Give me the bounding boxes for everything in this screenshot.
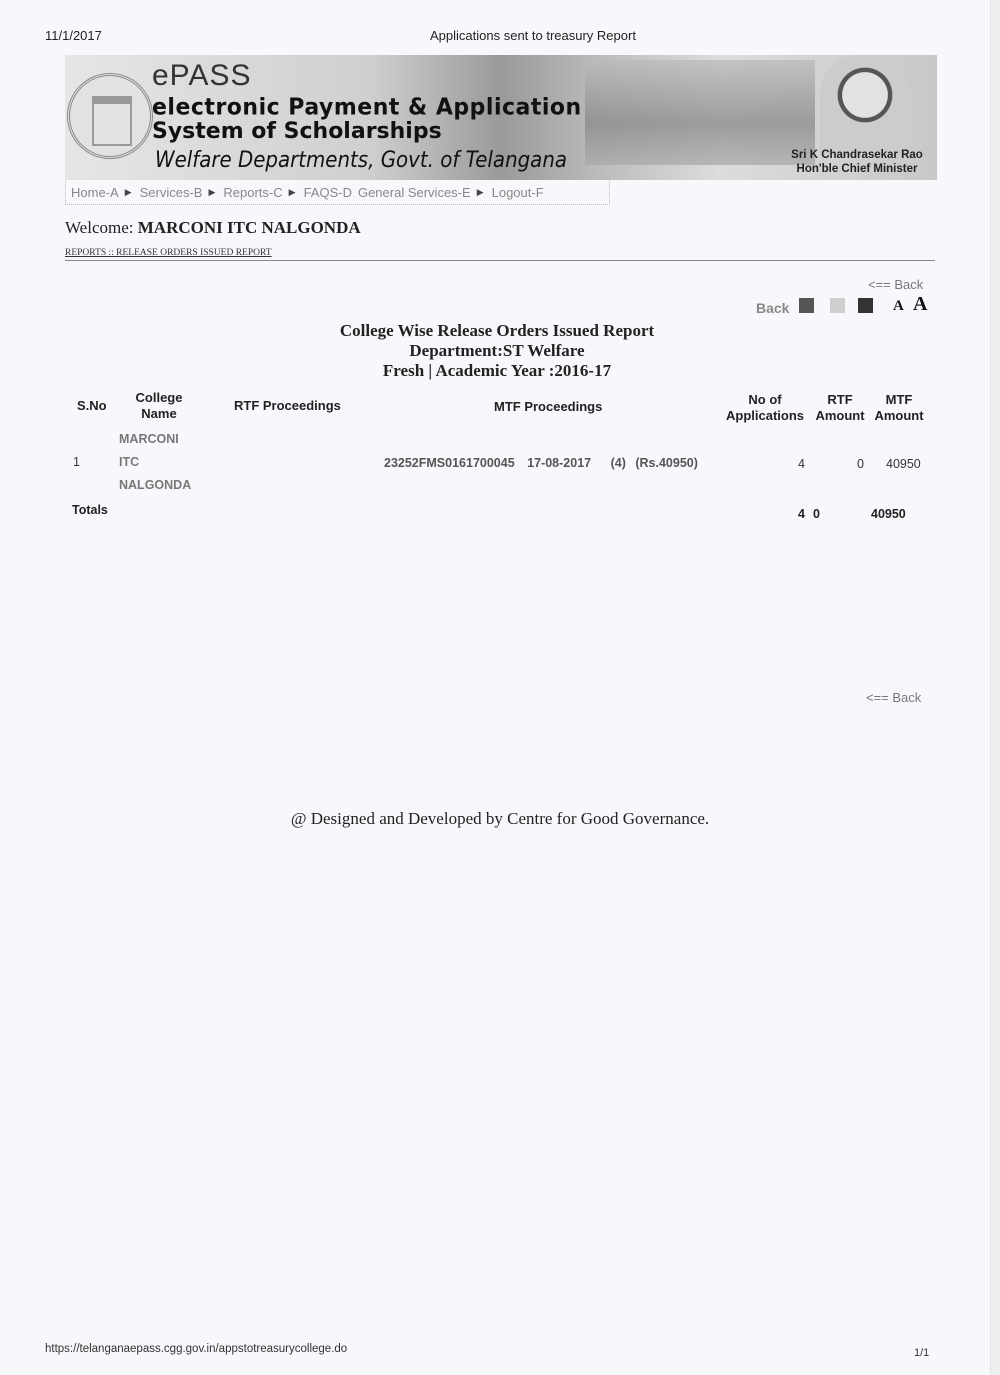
banner-line-1: electronic Payment & Application [152, 94, 582, 120]
caret-right-icon: ▶ [125, 187, 132, 198]
breadcrumb: REPORTS :: RELEASE ORDERS ISSUED REPORT [65, 248, 272, 258]
caret-right-icon: ▶ [289, 187, 296, 198]
header-rtf-amount: RTF Amount [812, 392, 868, 424]
cell-no-of-applications: 4 [798, 457, 805, 471]
header-college-line1: College [128, 390, 190, 406]
nav-reports[interactable]: Reports-C [223, 185, 282, 200]
totals-mtf-amount: 40950 [871, 507, 906, 521]
header-rtf-amount-line1: RTF [812, 392, 868, 408]
telangana-emblem-icon [67, 73, 153, 159]
epass-logo-title: ePASS [152, 59, 252, 93]
footer-credit: @ Designed and Developed by Centre for G… [0, 809, 1000, 829]
header-rtf-amount-line2: Amount [812, 408, 868, 424]
header-sno: S.No [77, 398, 107, 414]
main-nav: Home-A▶ Services-B▶ Reports-C▶ FAQS-D Ge… [65, 180, 610, 205]
back-link-bottom[interactable]: <== Back [866, 690, 921, 705]
mtf-proceeding-amount: (Rs.40950) [635, 456, 698, 470]
mtf-proceeding-date: 17-08-2017 [527, 456, 591, 470]
header-college-line2: Name [128, 406, 190, 422]
totals-label: Totals [72, 503, 108, 517]
scan-edge [990, 0, 1000, 1375]
cell-sno: 1 [73, 455, 80, 469]
caret-right-icon: ▶ [477, 187, 484, 198]
report-heading: College Wise Release Orders Issued Repor… [0, 321, 1000, 381]
nav-logout[interactable]: Logout-F [492, 185, 544, 200]
banner-line-3: Welfare Departments, Govt. of Telangana [155, 148, 567, 173]
college-line-3: NALGONDA [119, 474, 191, 497]
font-size-increase-button[interactable]: A [913, 293, 927, 316]
report-department: Department:ST Welfare [0, 341, 1000, 361]
epass-banner: ePASS electronic Payment & Application S… [65, 55, 937, 180]
divider [65, 260, 935, 261]
header-mtf-amount: MTF Amount [871, 392, 927, 424]
nav-services[interactable]: Services-B [140, 185, 203, 200]
totals-rtf-amount: 0 [813, 507, 820, 521]
nav-faqs[interactable]: FAQS-D [304, 185, 352, 200]
cm-title: Hon'ble Chief Minister [777, 162, 937, 176]
mtf-proceeding-count: (4) [611, 456, 626, 470]
header-mtf-proceedings: MTF Proceedings [494, 399, 602, 415]
header-mtf-amount-line1: MTF [871, 392, 927, 408]
cell-mtf-amount: 40950 [886, 457, 921, 471]
header-no-of-applications: No of Applications [722, 392, 808, 424]
cell-college-name: MARCONI ITC NALGONDA [119, 428, 191, 497]
header-rtf-proceedings: RTF Proceedings [234, 398, 341, 414]
cell-rtf-amount: 0 [857, 457, 864, 471]
college-line-2: ITC [119, 451, 191, 474]
banner-line-2: System of Scholarships [152, 119, 442, 144]
theme-swatch-charcoal[interactable] [858, 298, 873, 313]
print-page-title: Applications sent to treasury Report [430, 28, 636, 43]
chief-minister-photo [820, 55, 910, 155]
header-college-name: College Name [128, 390, 190, 422]
welcome-label: Welcome: [65, 218, 134, 237]
college-line-1: MARCONI [119, 428, 191, 451]
mtf-proceeding-number: 23252FMS0161700045 [384, 456, 515, 470]
print-date: 11/1/2017 [45, 28, 102, 43]
welcome-message: Welcome: MARCONI ITC NALGONDA [65, 218, 361, 238]
nav-home[interactable]: Home-A [71, 185, 119, 200]
totals-no-of-applications: 4 [798, 507, 805, 521]
report-academic-year: Fresh | Academic Year :2016-17 [0, 361, 1000, 381]
report-title: College Wise Release Orders Issued Repor… [0, 321, 1000, 341]
welcome-user: MARCONI ITC NALGONDA [138, 218, 361, 237]
cell-mtf-proceedings: 23252FMS0161700045 17-08-2017 (4) (Rs.40… [384, 456, 698, 470]
caret-right-icon: ▶ [208, 187, 215, 198]
chief-minister-caption: Sri K Chandrasekar Rao Hon'ble Chief Min… [777, 148, 937, 176]
header-apps-line1: No of [722, 392, 808, 408]
back-button[interactable]: Back [756, 300, 789, 316]
cm-name: Sri K Chandrasekar Rao [777, 148, 937, 162]
font-size-decrease-button[interactable]: A [893, 298, 904, 315]
theme-swatch-dark[interactable] [799, 298, 814, 313]
nav-general-services[interactable]: General Services-E [358, 185, 471, 200]
theme-swatch-light[interactable] [830, 298, 845, 313]
print-page-number: 1/1 [914, 1347, 929, 1359]
header-apps-line2: Applications [722, 408, 808, 424]
back-link-top[interactable]: <== Back [868, 277, 923, 292]
header-mtf-amount-line2: Amount [871, 408, 927, 424]
print-footer-url: https://telanganaepass.cgg.gov.in/appsto… [45, 1343, 347, 1355]
